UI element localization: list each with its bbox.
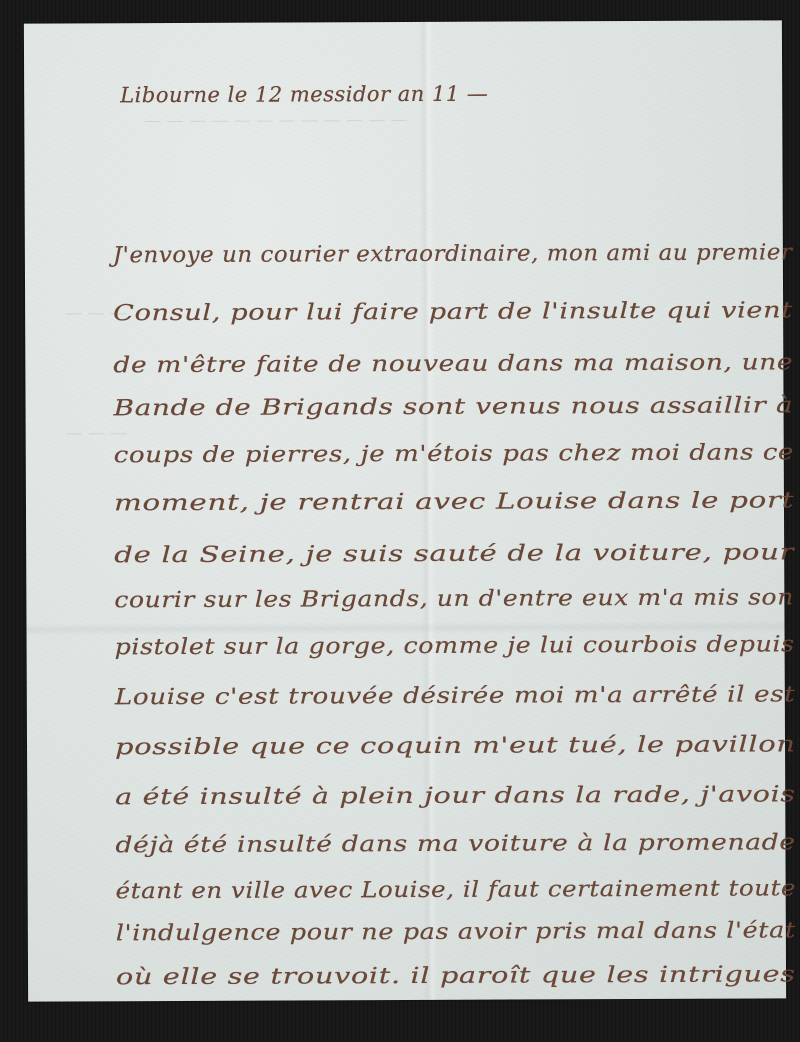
letter-line-11: possible que ce coquin m'eut tué, le pav…: [115, 732, 796, 760]
letter-line-9: pistolet sur la gorge, comme je lui cour…: [115, 632, 795, 660]
letter-page: — — — — — — — — — — — — — — — — — — Libo…: [24, 20, 786, 1001]
letter-line-10: Louise c'est trouvée désirée moi m'a arr…: [115, 682, 796, 710]
letter-line-14: étant en ville avec Louise, il faut cert…: [116, 876, 796, 904]
letter-line-6: moment, je rentrai avec Louise dans le p…: [114, 488, 794, 516]
letter-line-2: Consul, pour lui faire part de l'insulte…: [113, 298, 793, 326]
letter-line-12: a été insulté à plein jour dans la rade,…: [115, 782, 796, 810]
letter-line-1: J'envoye un courier extraordinaire, mon …: [113, 240, 793, 268]
letter-line-7: de la Seine, je suis sauté de la voiture…: [114, 540, 794, 568]
dateline: Libourne le 12 messidor an 11 —: [120, 82, 488, 108]
reverse-side-bleedthrough: — — — — — — — — — — — —: [144, 110, 408, 131]
reverse-side-bleedthrough: — — —: [66, 423, 128, 443]
letter-line-8: courir sur les Brigands, un d'entre eux …: [114, 585, 794, 613]
letter-line-4: Bande de Brigands sont venus nous assail…: [113, 393, 793, 421]
letter-line-3: de m'être faite de nouveau dans ma maiso…: [113, 350, 793, 378]
letter-line-15: l'indulgence pour ne pas avoir pris mal …: [116, 918, 796, 946]
letter-line-5: coups de pierres, je m'étois pas chez mo…: [114, 440, 794, 468]
letter-line-13: déjà été insulté dans ma voiture à la pr…: [115, 830, 795, 858]
letter-line-16: où elle se trouvoit. il paroît que les i…: [116, 962, 796, 990]
